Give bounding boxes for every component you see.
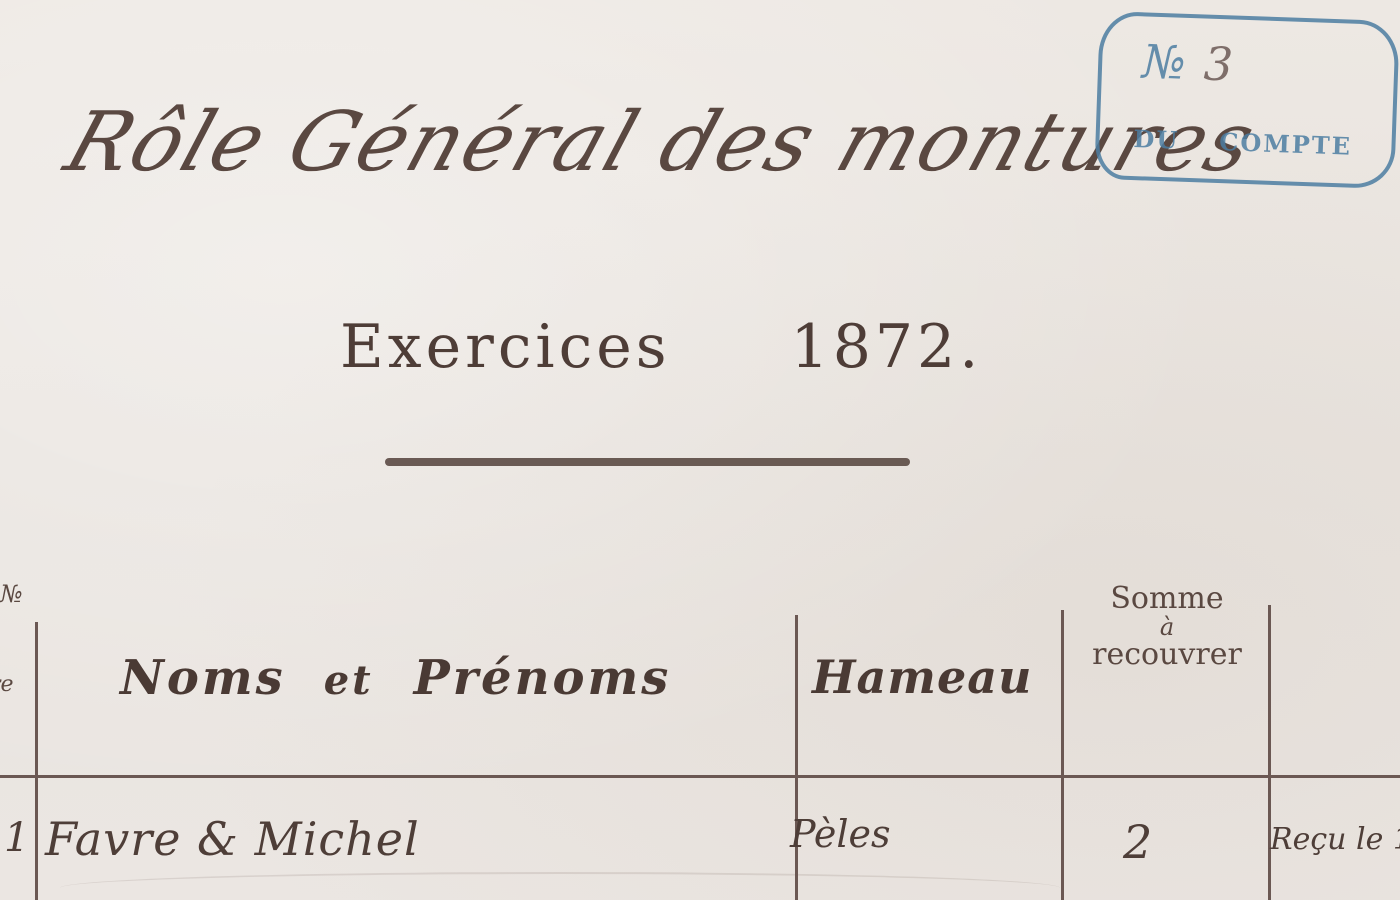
column-header-somme-a-recouvrer: Somme à recouvrer xyxy=(1072,582,1262,672)
header-row-divider xyxy=(0,775,1400,778)
column-header-noms-prenoms: NomsetPrénoms xyxy=(120,650,671,706)
document-page: Rôle Général des montures Exercices1872.… xyxy=(0,0,1400,900)
row-1-somme: 2 xyxy=(1123,815,1152,869)
header-word-somme: Somme xyxy=(1072,582,1262,616)
stamp-word-compte: COMPTE xyxy=(1219,127,1353,161)
header-word-recouvrer: recouvrer xyxy=(1072,638,1262,672)
stamp-number: №3 xyxy=(1141,34,1234,91)
title-underline-rule xyxy=(385,458,910,466)
column-divider-number xyxy=(35,622,38,900)
stamp-word-du: DU xyxy=(1133,124,1180,155)
header-word-a: à xyxy=(1072,616,1262,638)
column-header-hameau: Hameau xyxy=(812,650,1032,704)
stamp-number-value: 3 xyxy=(1203,36,1234,91)
header-word-et: et xyxy=(324,657,374,704)
row-1-name: Favre & Michel xyxy=(45,812,420,866)
row-1-number: 1 xyxy=(4,815,29,861)
header-word-noms: Noms xyxy=(120,650,286,706)
subtitle-year: 1872. xyxy=(791,312,983,382)
column-divider-somme xyxy=(1061,610,1064,900)
numero-sign: № xyxy=(1141,34,1186,89)
column-header-number-bottom-text: d'ordre xyxy=(0,672,14,697)
subtitle-label: Exercices xyxy=(340,312,671,382)
page-title: Rôle Général des montures xyxy=(55,95,1268,190)
header-word-prenoms: Prénoms xyxy=(414,650,672,706)
stamp-label: DUCOMPTE xyxy=(1133,124,1352,161)
column-header-number-top: № xyxy=(0,580,23,608)
ink-stamp: №3 DUCOMPTE xyxy=(1094,11,1400,189)
subtitle: Exercices1872. xyxy=(340,312,982,382)
column-divider-hameau xyxy=(795,615,798,900)
row-1-hameau: Pèles xyxy=(790,812,891,856)
column-header-number-bottom: d'ordre xyxy=(0,672,82,697)
row-1-note: Reçu le 16 xyxy=(1270,822,1400,857)
row-2-partial-cutoff xyxy=(60,872,1060,900)
